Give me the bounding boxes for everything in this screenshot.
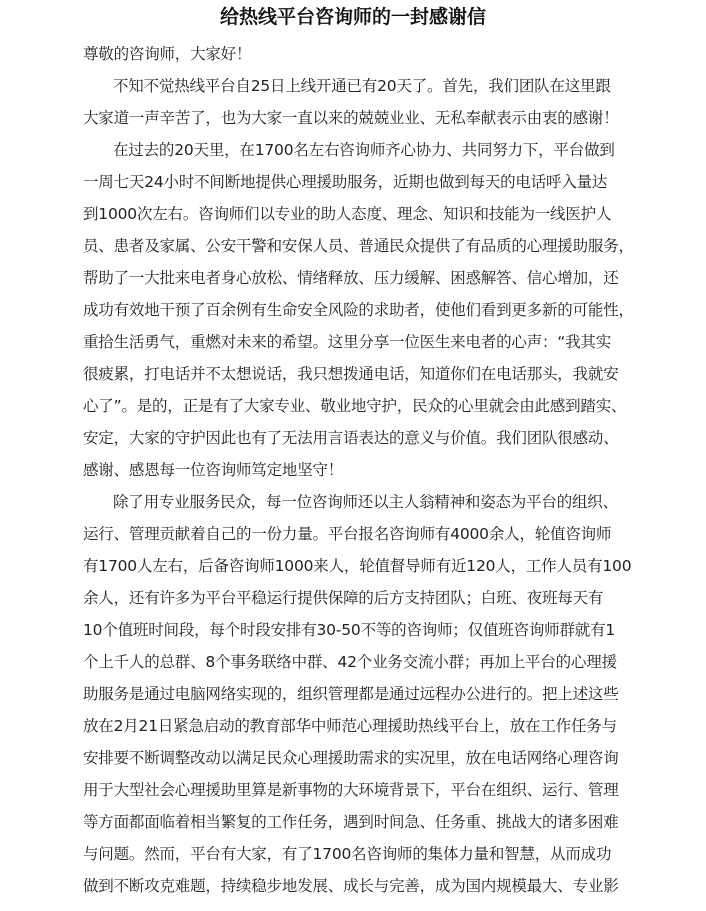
letter-line: 用于大型社会心理援助里算是新事物的大环境背景下，平台在组织、运行、管理 — [83, 778, 619, 802]
letter-line: 成功有效地干预了百余例有生命安全风险的求助者，使他们看到更多新的可能性， — [83, 298, 634, 322]
letter-line: 员、患者及家属、公安干警和安保人员、普通民众提供了有品质的心理援助服务， — [83, 234, 634, 258]
letter-line: 等方面都面临着相当繁复的工作任务，遇到时间急、任务重、挑战大的诸多困难 — [83, 810, 619, 834]
letter-line: 放在2月21日紧急启动的教育部华中师范心理援助热线平台上，放在工作任务与 — [83, 714, 617, 738]
letter-greeting: 尊敬的咨询师，大家好！ — [83, 42, 251, 66]
letter-line: 很疲累，打电话并不太想说话，我只想拨通电话，知道你们在电话那头，我就安 — [83, 362, 619, 386]
letter-line: 帮助了一大批来电者身心放松、情绪释放、压力缓解、困惑解答、信心增加，还 — [83, 266, 619, 290]
letter-line: 有1700人左右，后备咨询师1000来人，轮值督导师有近120人，工作人员有10… — [83, 554, 631, 578]
letter-line: 心了”。是的，正是有了大家专业、敬业地守护，民众的心里就会由此感到踏实、 — [83, 394, 626, 418]
letter-line: 与问题。然而，平台有大家，有了1700名咨询师的集体力量和智慧，从而成功 — [83, 842, 611, 866]
letter-line: 个上千人的总群、8个事务联络中群、42个业务交流小群；再加上平台的心理援 — [83, 650, 617, 674]
letter-line: 做到不断攻克难题，持续稳步地发展、成长与完善，成为国内规模最大、专业影 — [83, 874, 619, 898]
letter-line: 10个值班时间段，每个时段安排有30-50不等的咨询师；仅值班咨询师群就有1 — [83, 618, 615, 642]
letter-line: 在过去的20天里，在1700名左右咨询师齐心协力、共同努力下，平台做到 — [113, 138, 615, 162]
letter-line: 安排要不断调整改动以满足民众心理援助需求的实况里，放在电话网络心理咨询 — [83, 746, 619, 770]
letter-line: 不知不觉热线平台自25日上线开通已有20天了。首先，我们团队在这里跟 — [113, 74, 611, 98]
letter-line: 感谢、感恩每一位咨询师笃定地坚守！ — [83, 458, 343, 482]
letter-page: 给热线平台咨询师的一封感谢信 尊敬的咨询师，大家好！ 不知不觉热线平台自25日上… — [0, 0, 706, 911]
letter-line: 助服务是通过电脑网络实现的，组织管理都是通过远程办公进行的。把上述这些 — [83, 682, 619, 706]
letter-line: 安定，大家的守护因此也有了无法用言语表达的意义与价值。我们团队很感动、 — [83, 426, 619, 450]
letter-title: 给热线平台咨询师的一封感谢信 — [0, 3, 706, 31]
letter-line: 一周七天24小时不间断地提供心理援助服务，近期也做到每天的电话呼入量达 — [83, 170, 607, 194]
letter-line: 到1000次左右。咨询师们以专业的助人态度、理念、知识和技能为一线医护人 — [83, 202, 611, 226]
letter-line: 大家道一声辛苦了，也为大家一直以来的兢兢业业、无私奉献表示由衷的感谢！ — [83, 106, 619, 130]
letter-line: 重拾生活勇气，重燃对未来的希望。这里分享一位医生来电者的心声：“我其实 — [83, 330, 611, 354]
letter-line: 除了用专业服务民众，每一位咨询师还以主人翁精神和姿态为平台的组织、 — [113, 490, 618, 514]
letter-line: 余人，还有许多为平台平稳运行提供保障的后方支持团队；白班、夜班每天有 — [83, 586, 603, 610]
letter-line: 运行、管理贡献着自己的一份力量。平台报名咨询师有4000余人，轮值咨询师 — [83, 522, 611, 546]
